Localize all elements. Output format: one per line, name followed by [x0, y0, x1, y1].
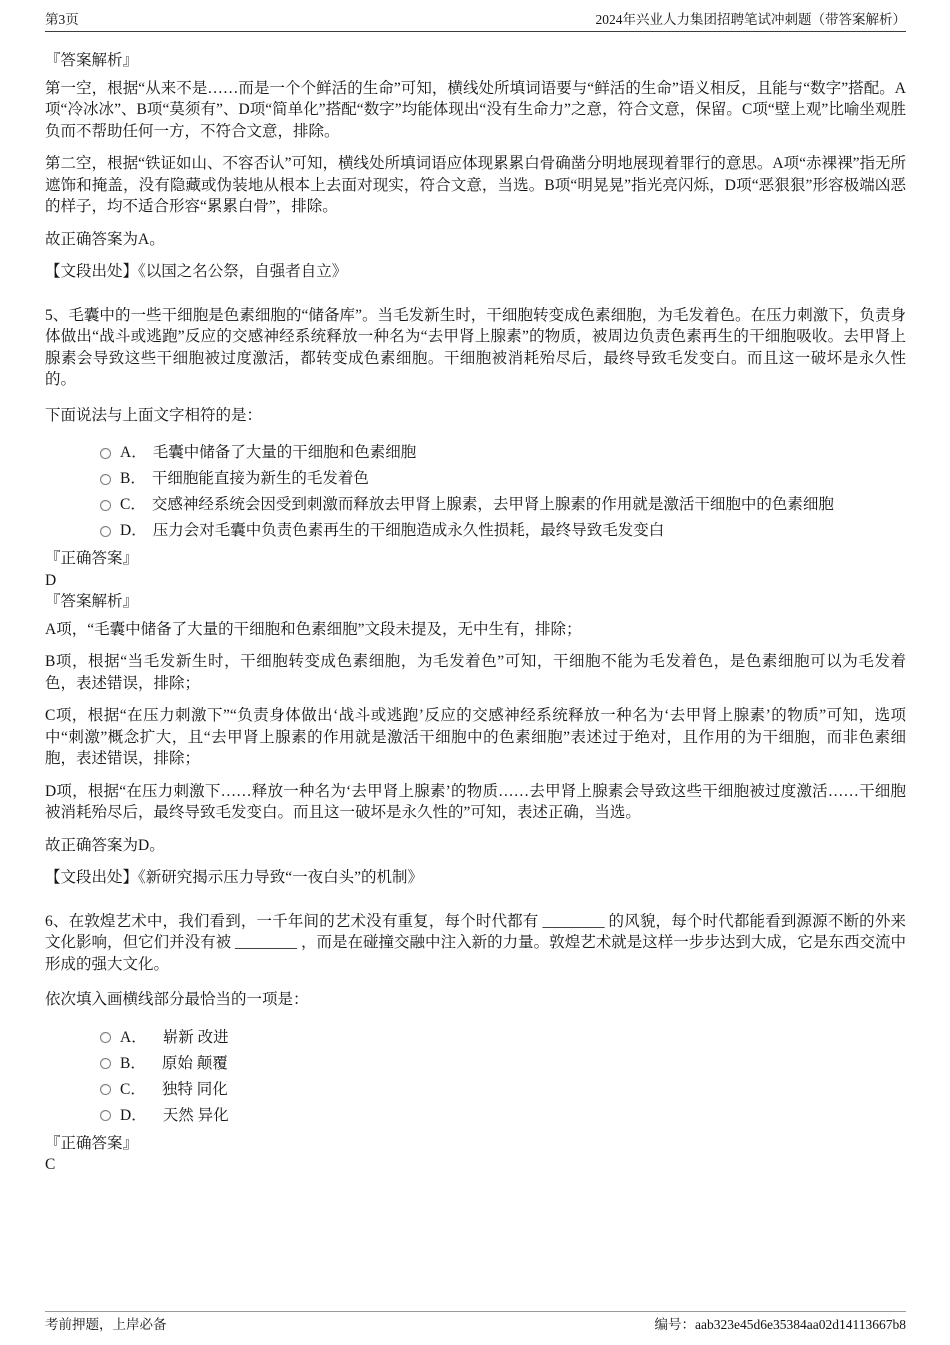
- option-row: B． 干细胞能直接为新生的毛发着色: [45, 466, 906, 492]
- option-row: B． 原始 颠覆: [45, 1051, 906, 1077]
- analysis-paragraph: B项，根据“当毛发新生时，干细胞转变成色素细胞，为毛发着色”可知，干细胞不能为毛…: [45, 651, 906, 694]
- conclusion-text: 故正确答案为D。: [45, 835, 906, 857]
- option-text: 毛囊中储备了大量的干细胞和色素细胞: [153, 442, 417, 464]
- answer-analysis-heading: 『答案解析』: [45, 50, 906, 72]
- option-label: D．: [120, 520, 147, 542]
- footer-slogan: 考前押题，上岸必备: [45, 1316, 167, 1334]
- option-text: 崭新 改进: [163, 1027, 229, 1049]
- option-row: D． 压力会对毛囊中负责色素再生的干细胞造成永久性损耗，最终导致毛发变白: [45, 518, 906, 544]
- radio-button[interactable]: [100, 500, 111, 511]
- question-prompt: 下面说法与上面文字相符的是：: [45, 405, 906, 427]
- analysis-paragraph: D项，根据“在压力刺激下……释放一种名为‘去甲肾上腺素’的物质……去甲肾上腺素会…: [45, 781, 906, 824]
- page-number: 第3页: [45, 11, 79, 29]
- option-text: 交感神经系统会因受到刺激而释放去甲肾上腺素，去甲肾上腺素的作用就是激活干细胞中的…: [152, 494, 834, 516]
- correct-answer-value: C: [45, 1154, 906, 1176]
- option-label: B．: [120, 468, 146, 490]
- radio-button[interactable]: [100, 448, 111, 459]
- radio-button[interactable]: [100, 1110, 111, 1121]
- option-text: 天然 异化: [163, 1105, 229, 1127]
- option-row: C． 独特 同化: [45, 1077, 906, 1103]
- option-row: A． 崭新 改进: [45, 1025, 906, 1051]
- option-text: 压力会对毛囊中负责色素再生的干细胞造成永久性损耗，最终导致毛发变白: [153, 520, 665, 542]
- option-row: A． 毛囊中储备了大量的干细胞和色素细胞: [45, 440, 906, 466]
- option-row: D． 天然 异化: [45, 1103, 906, 1129]
- radio-button[interactable]: [100, 1084, 111, 1095]
- question-stem: 5、毛囊中的一些干细胞是色素细胞的“储备库”。当毛发新生时，干细胞转变成色素细胞…: [45, 305, 906, 391]
- footer-rule: [45, 1311, 906, 1312]
- option-label: D．: [120, 1105, 147, 1127]
- page-footer: 考前押题，上岸必备 编号：aab323e45d6e35384aa02d14113…: [45, 1316, 906, 1334]
- option-row: C． 交感神经系统会因受到刺激而释放去甲肾上腺素，去甲肾上腺素的作用就是激活干细…: [45, 492, 906, 518]
- document-title: 2024年兴业人力集团招聘笔试冲刺题（带答案解析）: [596, 11, 907, 29]
- option-text: 原始 颠覆: [162, 1053, 228, 1075]
- option-label: B．: [120, 1053, 146, 1075]
- question-prompt: 依次填入画横线部分最恰当的一项是：: [45, 989, 906, 1011]
- option-label: C．: [120, 1079, 146, 1101]
- source-reference: 【文段出处】《新研究揭示压力导致“一夜白头”的机制》: [45, 867, 906, 889]
- radio-button[interactable]: [100, 526, 111, 537]
- conclusion-text: 故正确答案为A。: [45, 229, 906, 251]
- question-options: A． 毛囊中储备了大量的干细胞和色素细胞 B． 干细胞能直接为新生的毛发着色 C…: [45, 440, 906, 544]
- footer-serial: 编号：aab323e45d6e35384aa02d14113667b8: [655, 1316, 906, 1334]
- question-stem: 6、在敦煌艺术中，我们看到，一千年间的艺术没有重复，每个时代都有 _______…: [45, 911, 906, 976]
- analysis-paragraph: A项，“毛囊中储备了大量的干细胞和色素细胞”文段未提及，无中生有，排除；: [45, 619, 906, 641]
- correct-answer-value: D: [45, 570, 906, 592]
- analysis-paragraph: C项，根据“在压力刺激下”“负责身体做出‘战斗或逃跑’反应的交感神经系统释放一种…: [45, 705, 906, 770]
- page-header: 第3页 2024年兴业人力集团招聘笔试冲刺题（带答案解析）: [45, 11, 906, 29]
- analysis-paragraph: 第一空，根据“从来不是……而是一个个鲜活的生命”可知，横线处所填词语要与“鲜活的…: [45, 78, 906, 143]
- answer-analysis-heading: 『答案解析』: [45, 591, 906, 613]
- option-label: C．: [120, 494, 146, 516]
- question-options: A． 崭新 改进 B． 原始 颠覆 C． 独特 同化 D． 天然 异化: [45, 1025, 906, 1129]
- correct-answer-heading: 『正确答案』: [45, 548, 906, 570]
- document-content: 『答案解析』 第一空，根据“从来不是……而是一个个鲜活的生命”可知，横线处所填词…: [45, 50, 906, 1176]
- header-rule: [45, 31, 906, 32]
- radio-button[interactable]: [100, 1058, 111, 1069]
- option-text: 独特 同化: [162, 1079, 228, 1101]
- radio-button[interactable]: [100, 474, 111, 485]
- analysis-paragraph: 第二空，根据“铁证如山、不容否认”可知，横线处所填词语应体现累累白骨确凿分明地展…: [45, 153, 906, 218]
- correct-answer-heading: 『正确答案』: [45, 1133, 906, 1155]
- source-reference: 【文段出处】《以国之名公祭，自强者自立》: [45, 261, 906, 283]
- option-text: 干细胞能直接为新生的毛发着色: [152, 468, 369, 490]
- document-page: 第3页 2024年兴业人力集团招聘笔试冲刺题（带答案解析） 『答案解析』 第一空…: [0, 0, 950, 1345]
- radio-button[interactable]: [100, 1032, 111, 1043]
- option-label: A．: [120, 1027, 147, 1049]
- option-label: A．: [120, 442, 147, 464]
